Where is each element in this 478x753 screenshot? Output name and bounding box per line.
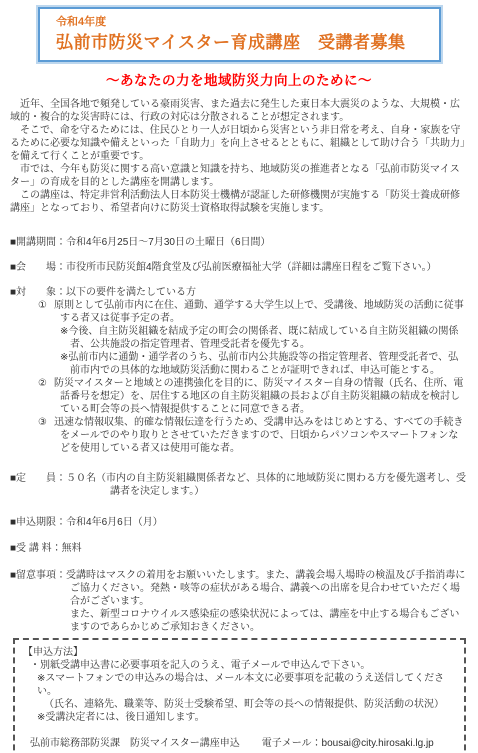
intro-paragraph: そこで、命を守るためには、住民ひとり一人が日頃から災害という非日常を考え、自身・… <box>10 124 468 163</box>
apply-heading: 【申込方法】 <box>23 646 454 659</box>
target-item-3: ③迅速な情報収集、的確な情報伝達を行うため、受講申込みをはじめとする、すべての手… <box>38 416 468 455</box>
section-notes-p1: 受講時はマスクの着用をお願いいたします。また、講義会場入場時の検温及び手指消毒に… <box>66 570 465 607</box>
intro-text: 近年、全国各地で頻発している豪雨災害、また過去に発生した東日本大震災のような、大… <box>10 98 468 215</box>
section-deadline: ■申込期限：令和4年6月6日（月） <box>10 516 468 529</box>
section-deadline-label: ■申込期限： <box>10 517 66 528</box>
section-capacity-value: ５０名（市内の自主防災組織関係者など、具体的に地域防災に関わる方を優先選考し、受… <box>66 473 466 497</box>
page-title: 弘前市防災マイスター育成講座 受講者募集 <box>56 31 431 54</box>
section-deadline-value: 令和4年6月6日（月） <box>66 517 163 528</box>
target-item-1-marker: ① <box>38 300 54 311</box>
section-capacity: ■定 員：５０名（市内の自主防災組織関係者など、具体的に地域防災に関わる方を優先… <box>10 472 468 498</box>
section-fee-value: 無料 <box>62 543 82 554</box>
section-target-value: 以下の要件を満たしている方 <box>66 287 196 298</box>
apply-contact: 弘前市総務部防災課 防災マイスター講座申込電子メール：bousai@city.h… <box>30 737 454 750</box>
flyer-page: 令和4年度 弘前市防災マイスター育成講座 受講者募集 ～あなたの力を地域防災力向… <box>0 0 478 753</box>
contact-office: 弘前市総務部防災課 防災マイスター講座申込 <box>30 738 240 749</box>
apply-line-smartphone: ※スマートフォンでの申込みの場合は、メール本文に必要事項を記載のうえ送信してくだ… <box>37 672 454 698</box>
section-venue-value: 市役所市民防災館4階食堂及び弘前医療福祉大学（詳細は講座日程をご覧下さい。） <box>66 262 437 273</box>
target-item-1: ①原則として弘前市内に在住、通勤、通学する大学生以上で、受講後、地域防災の活動に… <box>38 299 468 325</box>
contact-email: 電子メール：bousai@city.hirosaki.lg.jp <box>240 738 434 749</box>
section-target: ■対 象：以下の要件を満たしている方 <box>10 286 468 299</box>
section-capacity-label: ■定 員： <box>10 473 66 484</box>
section-target-label: ■対 象： <box>10 287 66 298</box>
target-item-3-text: 迅速な情報収集、的確な情報伝達を行うため、受講申込みをはじめとする、すべての手続… <box>54 417 463 454</box>
section-period: ■開講期間：令和4年6月25日～7月30日の土曜日（6日間） <box>10 236 468 249</box>
section-fee-label: ■受 講 料： <box>10 543 62 554</box>
section-notes-label: ■留意事項： <box>10 570 66 581</box>
apply-line-required-fields: （氏名、連絡先、職業等、防災士受験希望、町会等の長への情報提供、防災活動の状況） <box>44 698 454 711</box>
intro-paragraph: この講座は、特定非営利活動法人日本防災士機構が認証した研修機関が実施する「防災士… <box>10 189 468 215</box>
section-venue: ■会 場：市役所市民防災館4階食堂及び弘前医療福祉大学（詳細は講座日程をご覧下さ… <box>10 261 468 274</box>
apply-line-notify: ※受講決定者には、後日通知します。 <box>37 711 454 724</box>
section-notes-p2: また、新型コロナウイルス感染症の感染状況によっては、講座を中止する場合もございま… <box>70 608 468 634</box>
intro-paragraph: 近年、全国各地で頻発している豪雨災害、また過去に発生した東日本大震災のような、大… <box>10 98 468 124</box>
target-item-2-marker: ② <box>38 378 54 389</box>
section-fee: ■受 講 料：無料 <box>10 542 468 555</box>
fiscal-year: 令和4年度 <box>56 15 431 29</box>
section-venue-label: ■会 場： <box>10 262 66 273</box>
target-item-1-note-2: ※弘前市内に通勤・通学者のうち、弘前市内公共施設等の指定管理者、管理受託者で、弘… <box>60 351 468 377</box>
subtitle-slogan: ～あなたの力を地域防災力向上のために～ <box>0 73 478 89</box>
intro-paragraph: 市では、今年も防災に関する高い意識と知識を持ち、地域防災の推進者となる「弘前市防… <box>10 163 468 189</box>
apply-line-mail: ・別紙受講申込書に必要事項を記入のうえ、電子メールで申込んで下さい。 <box>30 659 454 672</box>
target-item-2: ②防災マイスターと地域との連携強化を目的に、防災マイスター自身の情報（氏名、住所… <box>38 377 468 416</box>
section-period-value: 令和4年6月25日～7月30日の土曜日（6日間） <box>66 237 271 248</box>
title-box: 令和4年度 弘前市防災マイスター育成講座 受講者募集 <box>38 7 441 62</box>
target-item-2-text: 防災マイスターと地域との連携強化を目的に、防災マイスター自身の情報（氏名、住所、… <box>54 378 463 415</box>
section-period-label: ■開講期間： <box>10 237 66 248</box>
target-item-3-marker: ③ <box>38 417 54 428</box>
section-notes: ■留意事項：受講時はマスクの着用をお願いいたします。また、講義会場入場時の検温及… <box>10 569 468 608</box>
apply-method-box: 【申込方法】 ・別紙受講申込書に必要事項を記入のうえ、電子メールで申込んで下さい… <box>13 638 466 753</box>
target-item-1-note-1: ※今後、自主防災組織を結成予定の町会の関係者、既に結成している自主防災組織の関係… <box>60 325 468 351</box>
target-item-1-text: 原則として弘前市内に在住、通勤、通学する大学生以上で、受講後、地域防災の活動に従… <box>54 300 464 324</box>
